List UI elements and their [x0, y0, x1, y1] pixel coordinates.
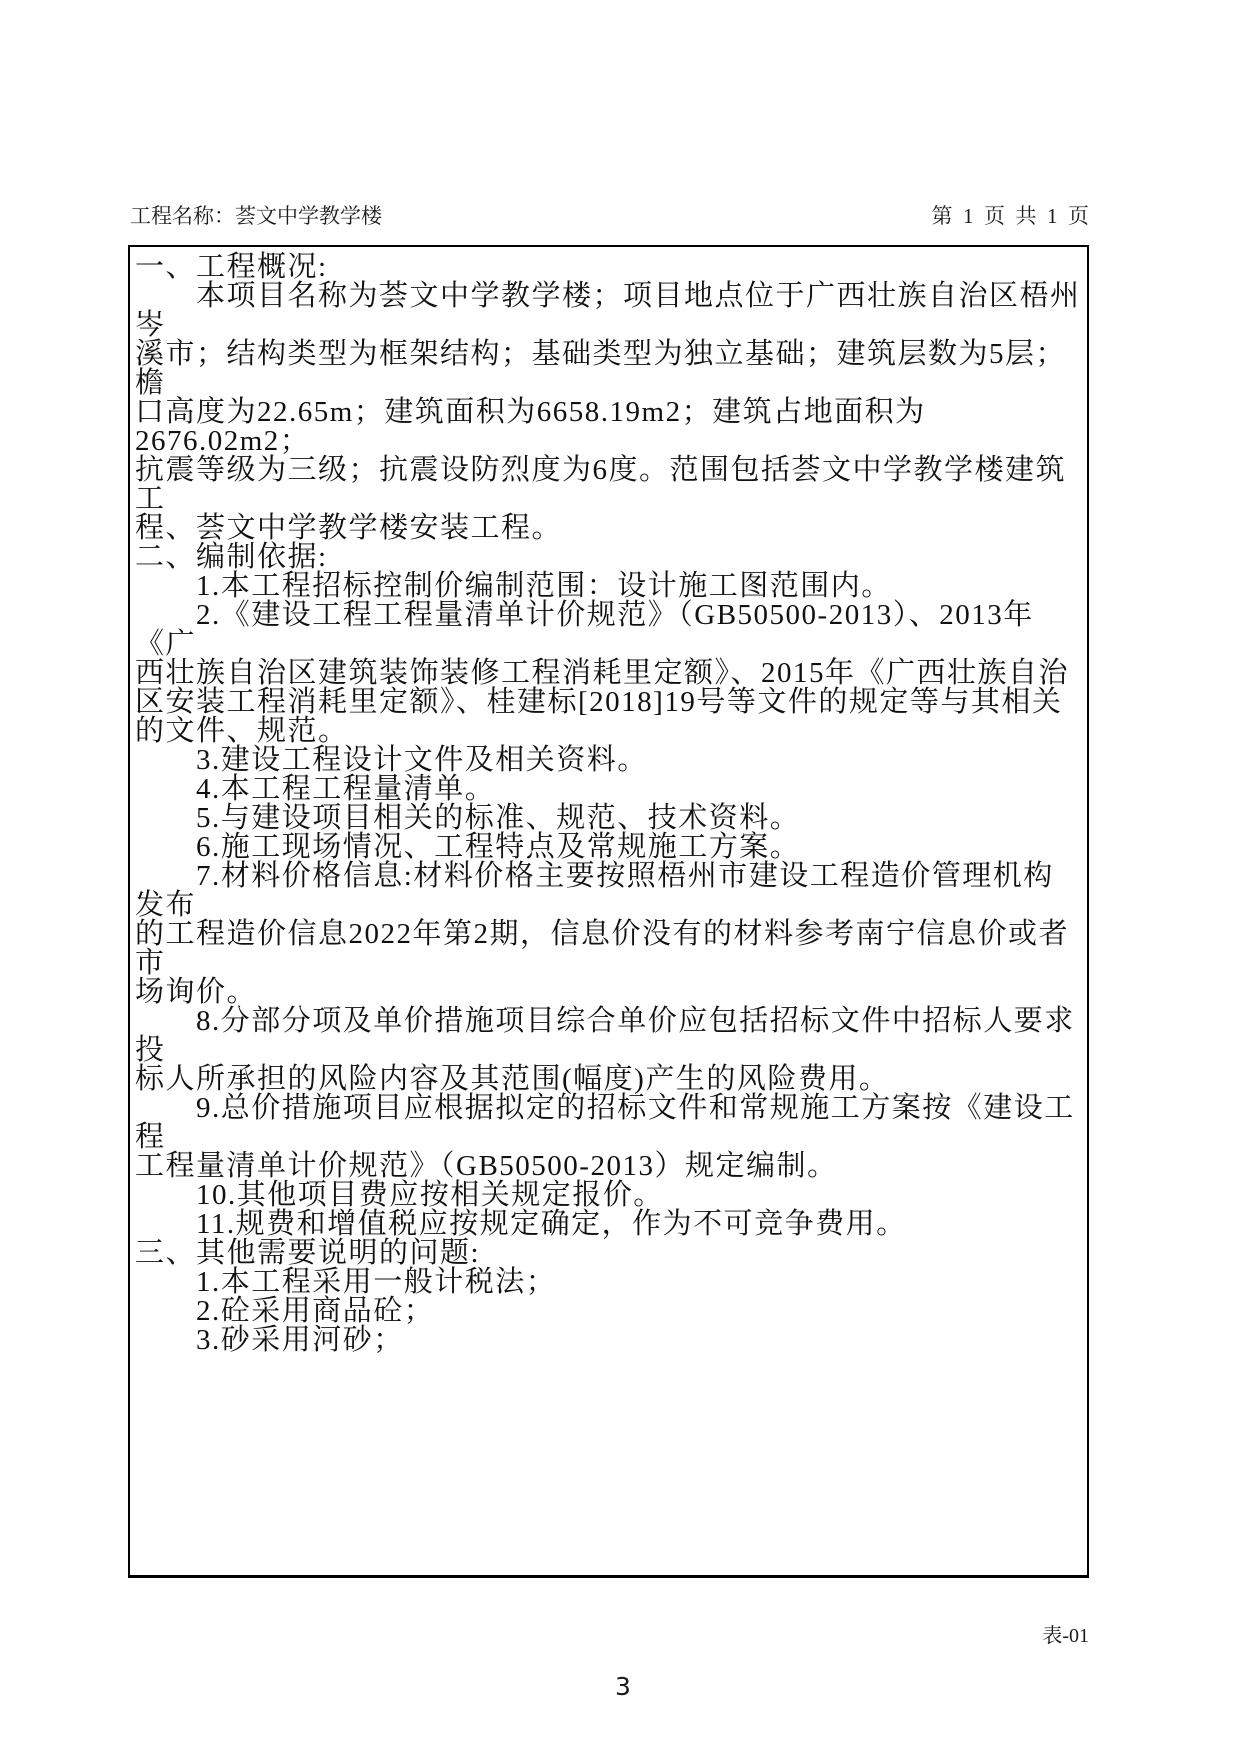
- doc-line: 9.总价措施项目应根据拟定的招标文件和常规施工方案按《建设工程: [135, 1094, 1081, 1152]
- doc-line: 3.砂采用河砂；: [135, 1326, 1081, 1355]
- doc-line: 2.砼采用商品砼；: [135, 1297, 1081, 1326]
- doc-line: 2.《建设工程工程量清单计价规范》（GB50500-2013）、2013年《广: [135, 601, 1081, 659]
- doc-line: 二、编制依据:: [135, 543, 1081, 572]
- doc-line: 溪市；结构类型为框架结构；基础类型为独立基础；建筑层数为5层；檐: [135, 340, 1081, 398]
- doc-line: 程、荟文中学教学楼安装工程。: [135, 514, 1081, 543]
- project-name-label: 工程名称：荟文中学教学楼: [130, 203, 382, 229]
- doc-line: 一、工程概况:: [135, 253, 1081, 282]
- doc-line: 6.施工现场情况、工程特点及常规施工方案。: [135, 833, 1081, 862]
- doc-line: 场询价。: [135, 978, 1081, 1007]
- document-border-box: 一、工程概况: 本项目名称为荟文中学教学楼；项目地点位于广西壮族自治区梧州岑溪市…: [128, 245, 1089, 1578]
- doc-line: 10.其他项目费应按相关规定报价。: [135, 1181, 1081, 1210]
- page-number: 3: [0, 1672, 1246, 1702]
- doc-line: 三、其他需要说明的问题:: [135, 1239, 1081, 1268]
- doc-line: 1.本工程采用一般计税法；: [135, 1268, 1081, 1297]
- doc-line: 西壮族自治区建筑装饰装修工程消耗里定额》、2015年《广西壮族自治: [135, 659, 1081, 688]
- doc-line: 区安装工程消耗里定额》、桂建标[2018]19号等文件的规定等与其相关: [135, 688, 1081, 717]
- doc-line: 1.本工程招标控制价编制范围：设计施工图范围内。: [135, 572, 1081, 601]
- doc-line: 3.建设工程设计文件及相关资料。: [135, 746, 1081, 775]
- doc-line: 标人所承担的风险内容及其范围(幅度)产生的风险费用。: [135, 1065, 1081, 1094]
- page-count-label: 第 1 页 共 1 页: [932, 203, 1090, 229]
- doc-line: 4.本工程工程量清单。: [135, 775, 1081, 804]
- doc-line: 的文件、规范。: [135, 717, 1081, 746]
- doc-line: 本项目名称为荟文中学教学楼；项目地点位于广西壮族自治区梧州岑: [135, 282, 1081, 340]
- doc-line: 5.与建设项目相关的标准、规范、技术资料。: [135, 804, 1081, 833]
- doc-line: 抗震等级为三级；抗震设防烈度为6度。范围包括荟文中学教学楼建筑工: [135, 456, 1081, 514]
- table-reference-label: 表-01: [1042, 1624, 1089, 1648]
- doc-line: 7.材料价格信息:材料价格主要按照梧州市建设工程造价管理机构发布: [135, 862, 1081, 920]
- doc-line: 工程量清单计价规范》（GB50500-2013）规定编制。: [135, 1152, 1081, 1181]
- page-header: 工程名称：荟文中学教学楼 第 1 页 共 1 页: [130, 203, 1089, 229]
- doc-line: 口高度为22.65m；建筑面积为6658.19m2；建筑占地面积为2676.02…: [135, 398, 1081, 456]
- document-content: 一、工程概况: 本项目名称为荟文中学教学楼；项目地点位于广西壮族自治区梧州岑溪市…: [130, 247, 1087, 1355]
- doc-line: 的工程造价信息2022年第2期，信息价没有的材料参考南宁信息价或者市: [135, 920, 1081, 978]
- document-page: 工程名称：荟文中学教学楼 第 1 页 共 1 页 一、工程概况: 本项目名称为荟…: [0, 0, 1246, 1758]
- doc-line: 11.规费和增值税应按规定确定，作为不可竞争费用。: [135, 1210, 1081, 1239]
- doc-line: 8.分部分项及单价措施项目综合单价应包括招标文件中招标人要求投: [135, 1007, 1081, 1065]
